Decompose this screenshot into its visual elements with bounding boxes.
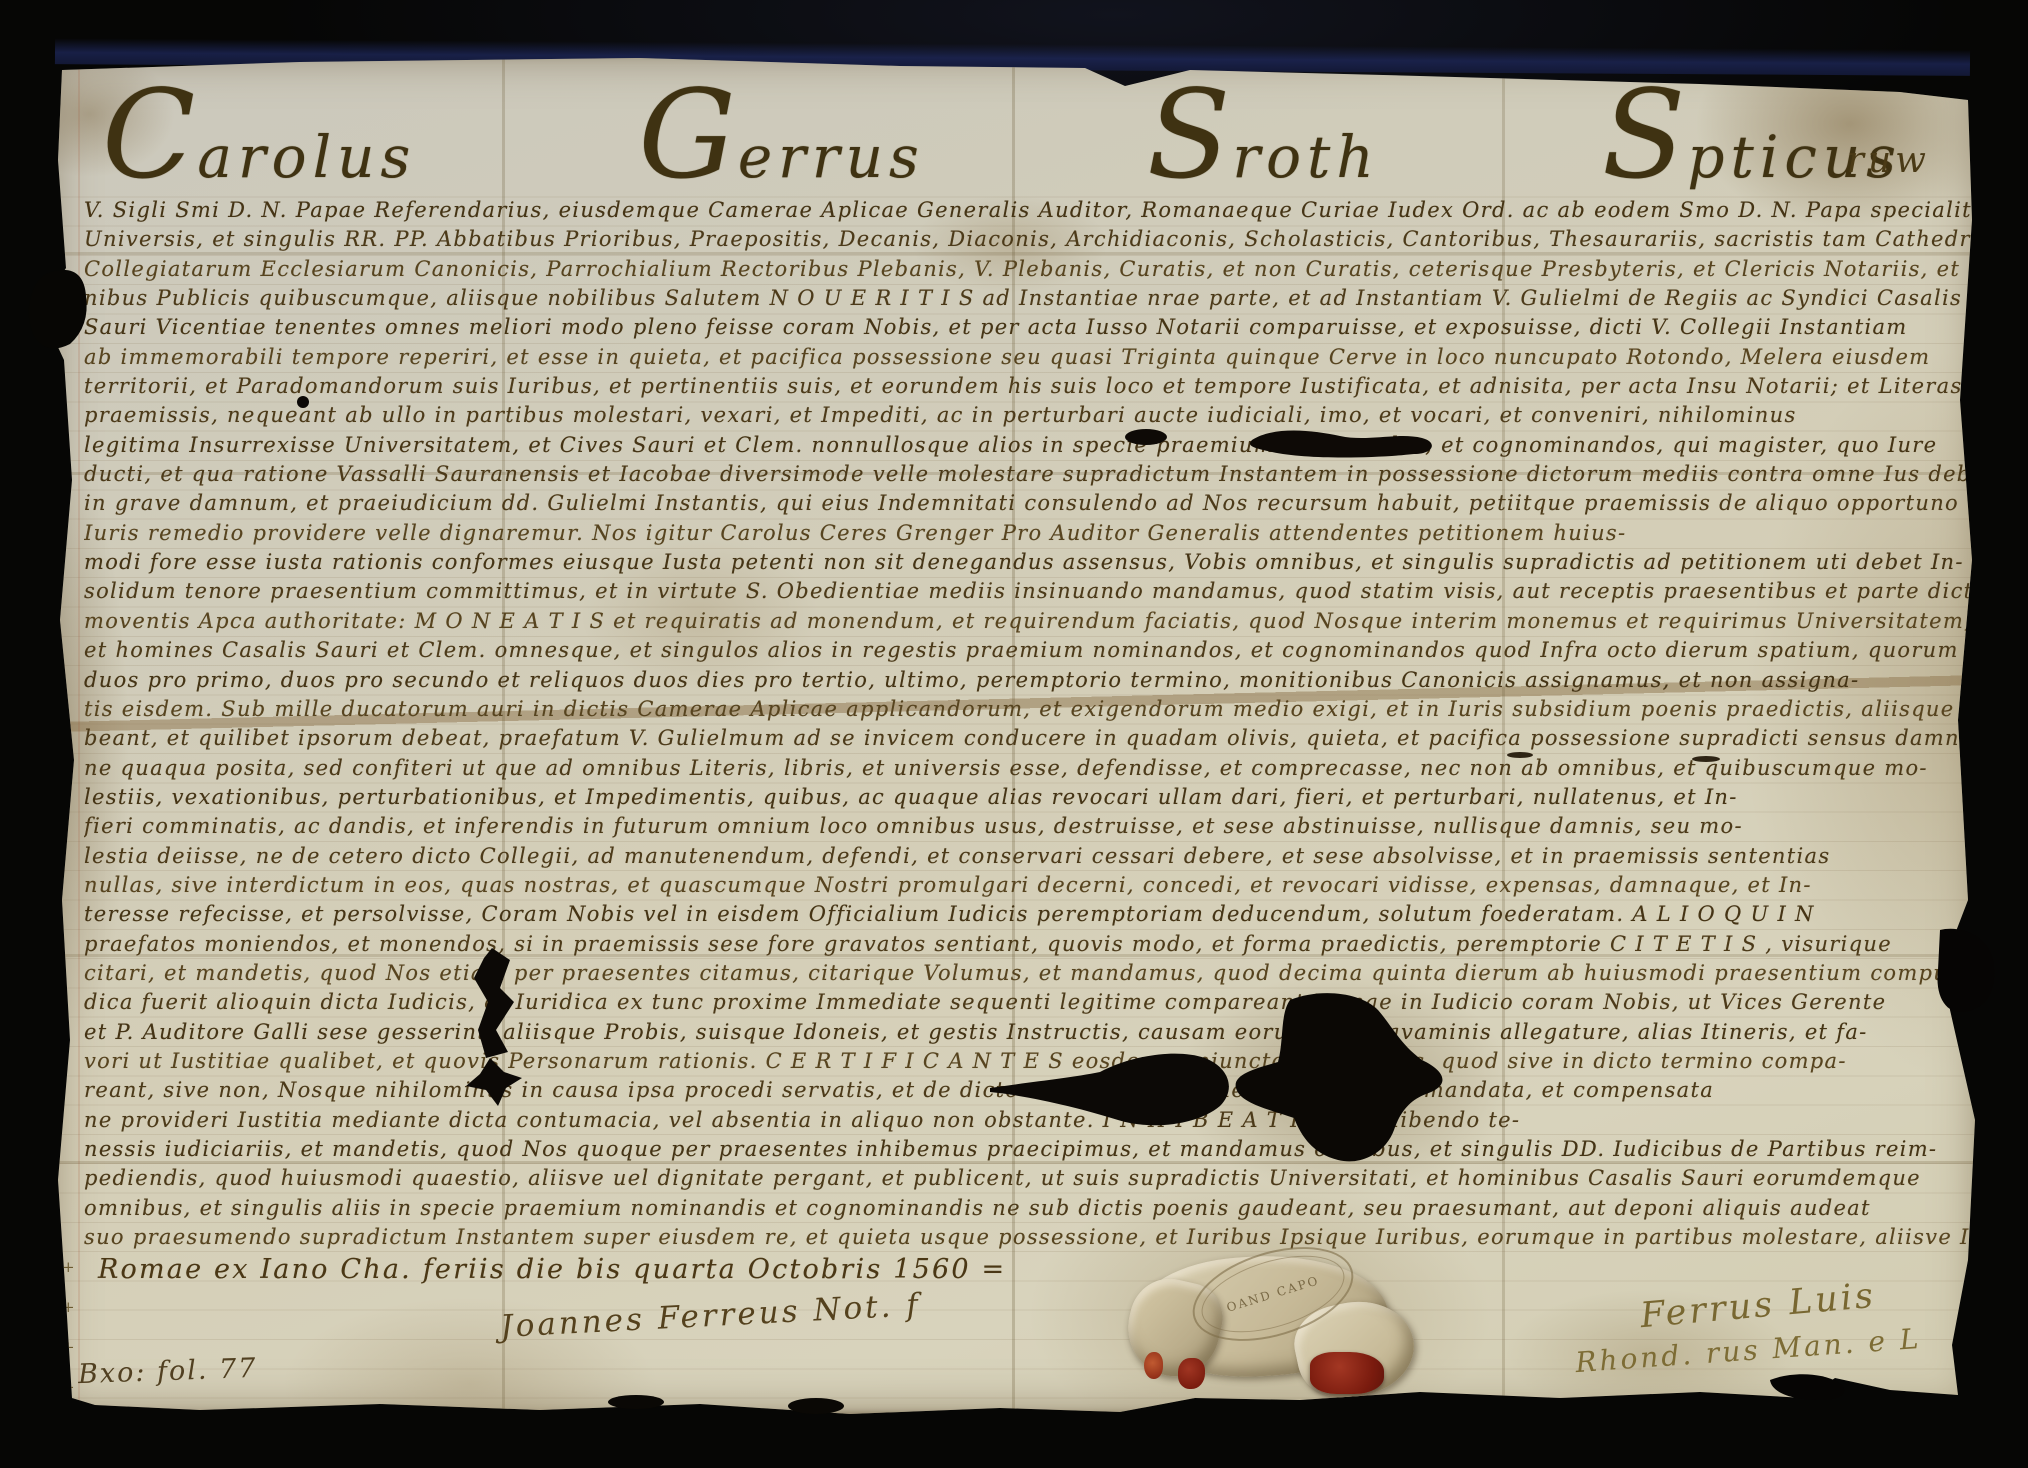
document-body-text: V. Sigli Smi D. N. Papae Referendarius, …	[84, 198, 1972, 1284]
red-wax-patch	[1178, 1358, 1205, 1389]
manuscript-line: suo praesumendo supradictum Instantem su…	[84, 1225, 1972, 1254]
manuscript-line: beant, et quilibet ipsorum debeat, praef…	[84, 726, 1972, 755]
notary-signature: Joannes Ferreus Not. f	[499, 1287, 921, 1345]
manuscript-line: duos pro primo, duos pro secundo et reli…	[84, 668, 1972, 697]
manuscript-line: Sauri Vicentiae tenentes omnes meliori m…	[84, 315, 1972, 344]
manuscript-line: lestia deiisse, ne de cetero dicto Colle…	[84, 844, 1972, 873]
manuscript-line: Iuris remedio providere velle dignaremur…	[84, 521, 1972, 550]
manuscript-line: citari, et mandetis, quod Nos etiam per …	[84, 961, 1972, 990]
manuscript-line: tis eisdem. Sub mille ducatorum auri in …	[84, 697, 1972, 726]
manuscript-line: fieri comminatis, ac dandis, et inferend…	[84, 814, 1972, 843]
red-wax-patch	[1310, 1352, 1384, 1394]
manuscript-line: nibus Publicis quibuscumque, aliisque no…	[84, 286, 1972, 315]
manuscript-line: V. Sigli Smi D. N. Papae Referendarius, …	[84, 198, 1972, 227]
manuscript-line: Collegiatarum Ecclesiarum Canonicis, Par…	[84, 257, 1972, 286]
title-flourish: ruw	[1847, 140, 1930, 181]
manuscript-line: lestiis, vexationibus, perturbationibus,…	[84, 785, 1972, 814]
manuscript-line: modi fore esse iusta rationis conformes …	[84, 550, 1972, 579]
margin-cross: +	[62, 1338, 75, 1356]
manuscript-line: legitima Insurrexisse Universitatem, et …	[84, 433, 1972, 462]
scan-background: CarolusGerrusSrothSpticus ruw V. Sigli S…	[0, 0, 2028, 1468]
margin-cross: +	[62, 1378, 75, 1396]
margin-cross: +	[62, 1298, 75, 1316]
manuscript-line: teresse refecisse, et persolvisse, Coram…	[84, 902, 1972, 931]
signature-right-line2: Rhond. rus Man. e L	[1574, 1322, 1922, 1379]
manuscript-line: Universis, et singulis RR. PP. Abbatibus…	[84, 227, 1972, 256]
manuscript-line: ducti, et qua ratione Vassalli Sauranens…	[84, 462, 1972, 491]
seal-stamp-text: OAND CAPO	[1225, 1273, 1321, 1315]
manuscript-line: territorii, et Paradomandorum suis Iurib…	[84, 374, 1972, 403]
document-title: CarolusGerrusSrothSpticus	[102, 64, 1902, 206]
title-word: Gerrus	[638, 64, 924, 206]
manuscript-line: reant, sive non, Nosque nihilominus in c…	[84, 1078, 1972, 1107]
manuscript-line: et P. Auditore Galli sese gesserint, ali…	[84, 1020, 1972, 1049]
manuscript-line: moventis Apca authoritate: M O N E A T I…	[84, 609, 1972, 638]
paper-wax-seal: OAND CAPO	[1128, 1250, 1420, 1408]
manuscript-line: pediendis, quod huiusmodi quaestio, alii…	[84, 1166, 1972, 1195]
manuscript-line: ne provideri Iustitia mediante dicta con…	[84, 1108, 1972, 1137]
manuscript-line: Romae ex Iano Cha. feriis die bis quarta…	[84, 1254, 1972, 1283]
title-word: Sroth	[1147, 64, 1380, 206]
manuscript-line: praefatos moniendos, et monendos, si in …	[84, 932, 1972, 961]
parchment-document: CarolusGerrusSrothSpticus ruw V. Sigli S…	[50, 54, 1980, 1414]
margin-cross-marks: ++++	[62, 1258, 75, 1396]
manuscript-line: omnibus, et singulis aliis in specie pra…	[84, 1196, 1972, 1225]
folio-note: Bxo: fol. 77	[78, 1353, 258, 1390]
manuscript-line: nessis iudiciariis, et mandetis, quod No…	[84, 1137, 1972, 1166]
red-wax-patch	[1144, 1352, 1163, 1379]
manuscript-line: ab immemorabili tempore reperiri, et ess…	[84, 345, 1972, 374]
manuscript-line: ne quaqua posita, sed confiteri ut que a…	[84, 756, 1972, 785]
manuscript-line: solidum tenore praesentium committimus, …	[84, 579, 1972, 608]
manuscript-line: dica fuerit alioquin dicta Iudicis, et I…	[84, 990, 1972, 1019]
manuscript-line: in grave damnum, et praeiudicium dd. Gul…	[84, 491, 1972, 520]
title-word: Spticus	[1602, 64, 1902, 206]
manuscript-line: nullas, sive interdictum in eos, quas no…	[84, 873, 1972, 902]
margin-cross: +	[62, 1258, 75, 1276]
manuscript-line: et homines Casalis Sauri et Clem. omnesq…	[84, 638, 1972, 667]
manuscript-line: vori ut Iustitiae qualibet, et quovis Pe…	[84, 1049, 1972, 1078]
title-word: Carolus	[102, 64, 416, 206]
manuscript-line: praemissis, nequeant ab ullo in partibus…	[84, 403, 1972, 432]
